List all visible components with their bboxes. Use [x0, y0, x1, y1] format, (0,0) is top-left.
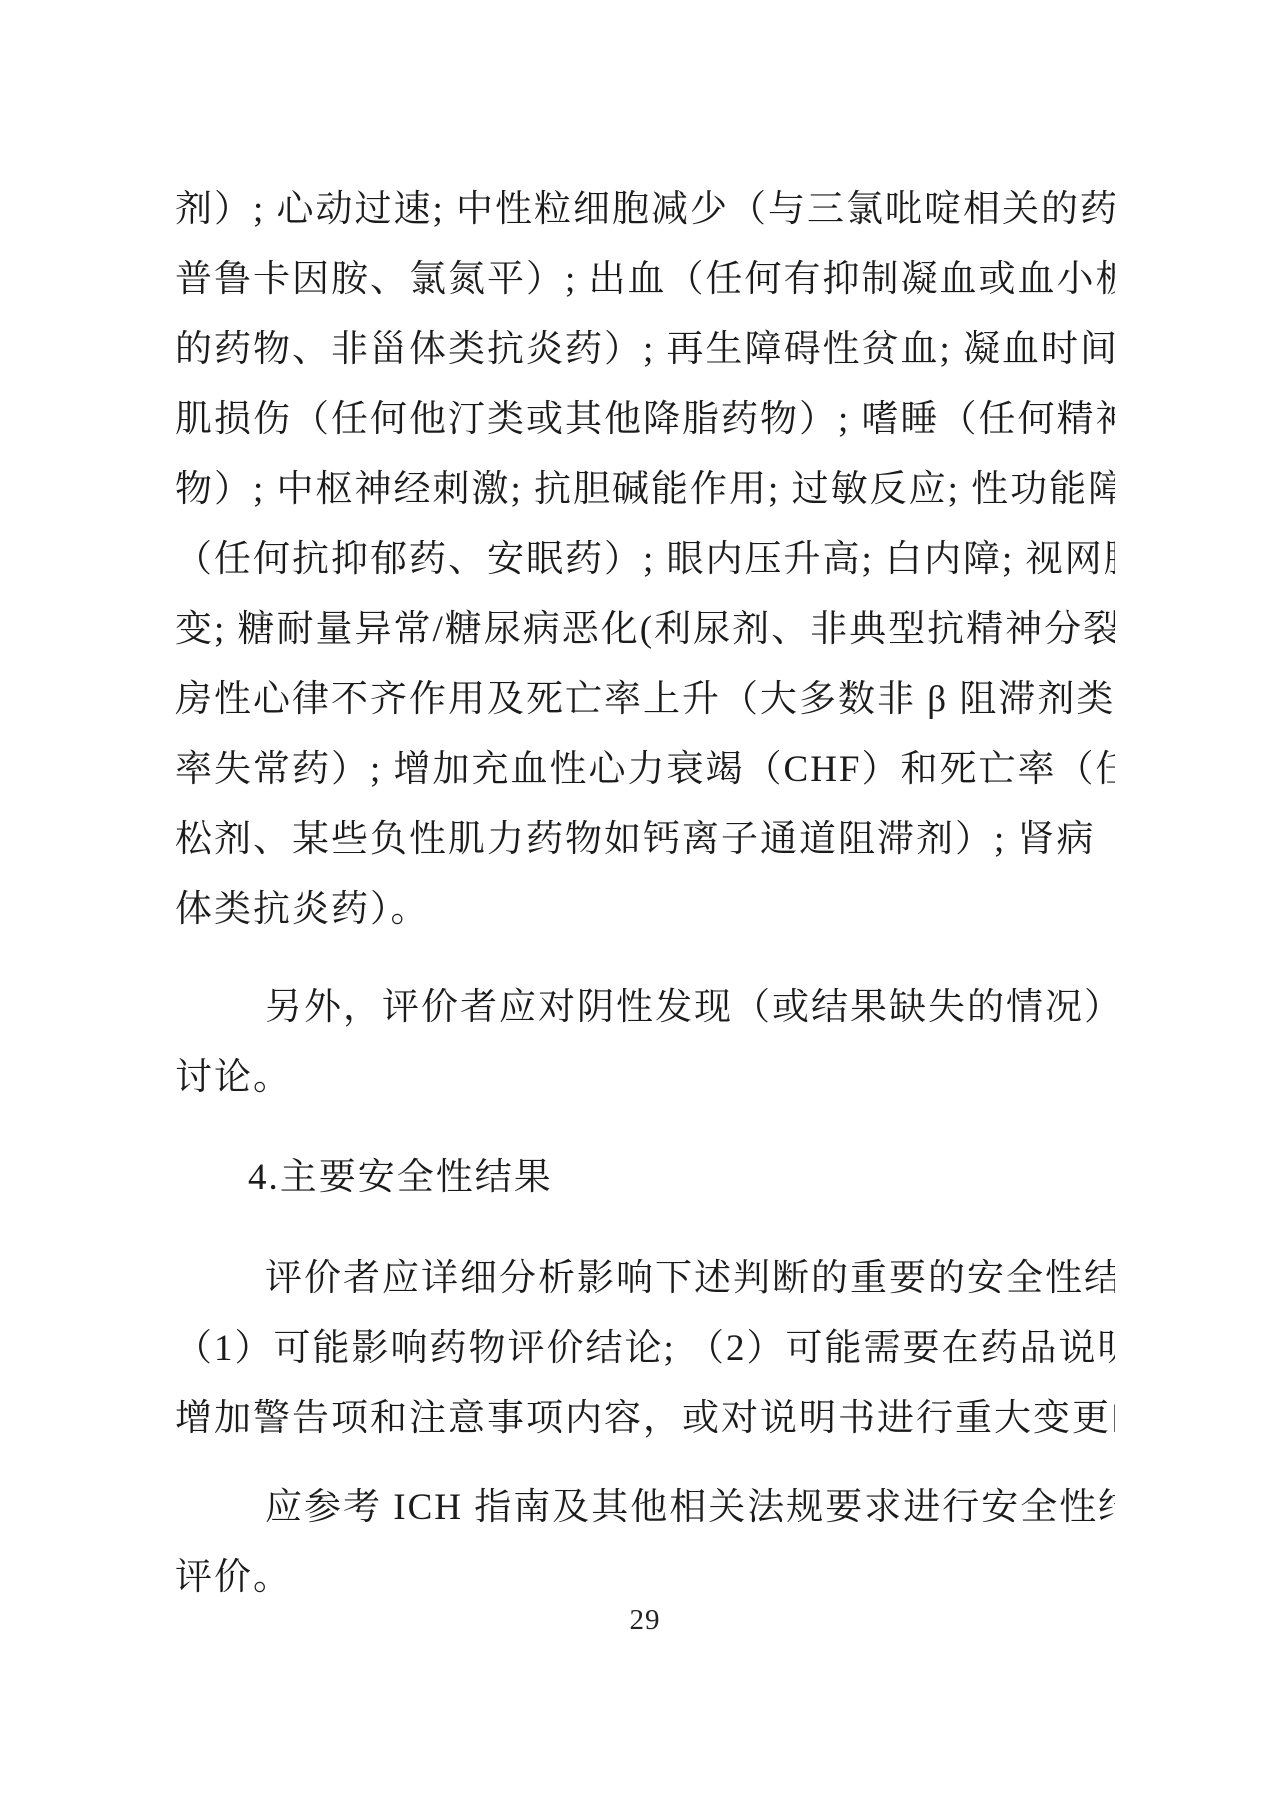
text-line: 应参考 ICH 指南及其他相关法规要求进行安全性结果	[175, 1473, 1115, 1543]
text-line: 评价者应详细分析影响下述判断的重要的安全性结果:	[175, 1244, 1115, 1314]
page-number: 29	[175, 1598, 1115, 1642]
text-line: （任何抗抑郁药、安眠药）; 眼内压升高; 白内障; 视网膜病	[175, 525, 1115, 595]
paragraph-negative-findings: 另外，评价者应对阴性发现（或结果缺失的情况）进行 讨论。	[175, 973, 1115, 1113]
text-line: 另外，评价者应对阴性发现（或结果缺失的情况）进行	[175, 973, 1115, 1043]
section-heading: 4.主要安全性结果	[175, 1143, 1115, 1213]
text-line: 房性心律不齐作用及死亡率上升（大多数非 β 阻滞剂类抗心	[175, 665, 1115, 735]
document-page: 剂）; 心动过速; 中性粒细胞减少（与三氯吡啶相关的药物、 普鲁卡因胺、氯氮平）…	[0, 0, 1280, 1810]
text-line: 普鲁卡因胺、氯氮平）; 出血（任何有抑制凝血或血小板功能	[175, 245, 1115, 315]
page-content: 剂）; 心动过速; 中性粒细胞减少（与三氯吡啶相关的药物、 普鲁卡因胺、氯氮平）…	[175, 175, 1115, 1613]
text-line: 松剂、某些负性肌力药物如钙离子通道阻滞剂）; 肾病（非甾	[175, 805, 1115, 875]
text-line: 肌损伤（任何他汀类或其他降脂药物）; 嗜睡（任何精神类药	[175, 385, 1115, 455]
text-line: 增加警告项和注意事项内容，或对说明书进行重大变更的。	[175, 1384, 1115, 1454]
text-line: 物）; 中枢神经刺激; 抗胆碱能作用; 过敏反应; 性功能障碍	[175, 455, 1115, 525]
paragraph-safety-results: 评价者应详细分析影响下述判断的重要的安全性结果: （1）可能影响药物评价结论; …	[175, 1244, 1115, 1454]
text-line: （1）可能影响药物评价结论; （2）可能需要在药品说明书中	[175, 1314, 1115, 1384]
text-line: 讨论。	[175, 1043, 1115, 1113]
text-line: 剂）; 心动过速; 中性粒细胞减少（与三氯吡啶相关的药物、	[175, 175, 1115, 245]
heading-line: 4.主要安全性结果	[175, 1143, 1115, 1213]
text-line: 变; 糖耐量异常/糖尿病恶化(利尿剂、非典型抗精神分裂药);	[175, 595, 1115, 665]
paragraph-ich-reference: 应参考 ICH 指南及其他相关法规要求进行安全性结果 评价。	[175, 1473, 1115, 1613]
text-line: 的药物、非甾体类抗炎药）; 再生障碍性贫血; 凝血时间延长;	[175, 315, 1115, 385]
text-line: 率失常药）; 增加充血性心力衰竭（CHF）和死亡率（任何肌	[175, 735, 1115, 805]
paragraph-adverse-effects: 剂）; 心动过速; 中性粒细胞减少（与三氯吡啶相关的药物、 普鲁卡因胺、氯氮平）…	[175, 175, 1115, 945]
text-line: 体类抗炎药）。	[175, 875, 1115, 945]
